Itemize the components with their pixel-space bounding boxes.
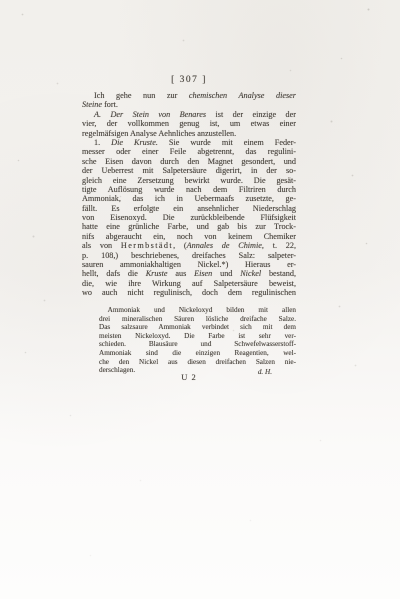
text-run: regelmäfsigen Analyse Aehnliches anzuste…	[82, 129, 236, 138]
text-run: die, wie ihre Wirkung auf Salpetersäure …	[82, 279, 296, 288]
text-line: Das salzsaure Ammoniak verbindet sich mi…	[99, 323, 296, 332]
text-line: der Ueberrest mit Salpetersäure digerirt…	[82, 166, 296, 175]
text-line: schieden. Blausäure und Schwefelwasserst…	[99, 340, 296, 349]
text-run: Ammoniak, das ich in Uebermaafs zusetzte…	[82, 194, 296, 203]
text-run: als von	[82, 241, 121, 250]
text-run: drei mineralischen Säuren lösliche dreif…	[99, 315, 296, 323]
footnote-block: *) Ammoniak und Nickeloxyd bilden mit al…	[99, 306, 296, 375]
signature-mark: U 2	[82, 372, 296, 382]
text-run: 1.	[94, 138, 111, 147]
text-line: messer oder einer Feile abgetrennt, das …	[82, 147, 296, 156]
italic-text-run: A. Der Stein von Benares	[94, 110, 206, 119]
page-number: [ 307 ]	[82, 75, 296, 85]
text-line: meisten Nickeloxyd. Die Farbe ist sehr v…	[99, 332, 296, 341]
text-line: sauren ammoniakhaltigen Nickel.*) Hierau…	[82, 260, 296, 269]
text-line: hatte eine grünliche Farbe, und gab bis …	[82, 222, 296, 231]
text-run: hatte eine grünliche Farbe, und gab bis …	[82, 222, 296, 231]
main-text-block: Ich gehe nun zur chemischen Analyse dies…	[82, 91, 296, 298]
text-line: p. 108,) beschriebenes, dreifaches Salz:…	[82, 251, 296, 260]
text-run: Sie wurde mit einem Feder-	[158, 138, 296, 147]
italic-text-run: Die Kruste.	[111, 138, 158, 147]
text-run: aus	[168, 269, 195, 278]
text-line: tigte Auflösung wurde nach dem Filtriren…	[82, 185, 296, 194]
text-line: 1. Die Kruste. Sie wurde mit einem Feder…	[82, 138, 296, 147]
text-run: Ich gehe nun zur	[94, 91, 189, 100]
text-line: A. Der Stein von Benares ist der einzige…	[82, 110, 296, 119]
text-run: tigte Auflösung wurde nach dem Filtriren…	[82, 185, 296, 194]
text-run: gleich eine Zersetzung bewirkt wurde. Di…	[82, 176, 296, 185]
text-run: von Eisenoxyd. Die zurückbleibende Flüfs…	[82, 213, 296, 222]
text-line: Steine fort.	[82, 100, 296, 109]
italic-text-run: Steine	[82, 100, 102, 109]
text-run: meisten Nickeloxyd. Die Farbe ist sehr v…	[99, 332, 296, 340]
text-run: wo auch nicht regulinisch, doch dem regu…	[82, 288, 296, 297]
text-run: p. 108,) beschriebenes, dreifaches Salz:…	[82, 251, 296, 260]
text-line: hellt, dafs die Kruste aus Eisen und Nic…	[82, 269, 296, 278]
text-run: sche Eisen davon durch den Magnet gesond…	[82, 157, 296, 166]
text-line: als von Hermbstädt, (Annales de Chimie, …	[82, 241, 296, 250]
text-run: messer oder einer Feile abgetrennt, das …	[82, 147, 296, 156]
text-run: sauren ammoniakhaltigen Nickel.*) Hierau…	[82, 260, 296, 269]
text-line: von Eisenoxyd. Die zurückbleibende Flüfs…	[82, 213, 296, 222]
text-run: fällt. Es erfolgte ein ansehnlicher Nied…	[82, 204, 296, 213]
text-line: Ammoniak sind die einzigen Reagentien, w…	[99, 349, 296, 358]
text-run: schieden. Blausäure und Schwefelwasserst…	[99, 340, 296, 348]
text-line: fällt. Es erfolgte ein ansehnlicher Nied…	[82, 204, 296, 213]
text-line: vier, der vollkommen genug ist, um etwas…	[82, 119, 296, 128]
text-run: ist der einzige der	[206, 110, 296, 119]
text-run: fort.	[102, 100, 118, 109]
text-line: che den Nickel aus diesen dreifachen Sal…	[99, 358, 296, 367]
text-line: regelmäfsigen Analyse Aehnliches anzuste…	[82, 129, 296, 138]
text-run: hellt, dafs die	[82, 269, 146, 278]
text-run: bestand,	[261, 269, 296, 278]
text-line: Ammoniak, das ich in Uebermaafs zusetzte…	[82, 194, 296, 203]
italic-text-run: Kruste	[146, 269, 168, 278]
text-line: gleich eine Zersetzung bewirkt wurde. Di…	[82, 176, 296, 185]
text-line: sche Eisen davon durch den Magnet gesond…	[82, 157, 296, 166]
text-run: Ammoniak sind die einzigen Reagentien, w…	[99, 349, 296, 357]
text-run: nifs abgeraucht ein, noch von keinem Che…	[82, 232, 296, 241]
italic-text-run: chemischen Analyse dieser	[189, 91, 296, 100]
italic-text-run: Eisen	[194, 269, 212, 278]
text-run: der Ueberrest mit Salpetersäure digerirt…	[82, 166, 296, 175]
text-line: Ich gehe nun zur chemischen Analyse dies…	[82, 91, 296, 100]
text-run: , t. 22,	[262, 241, 296, 250]
text-run: , (	[173, 241, 187, 250]
text-run: vier, der vollkommen genug ist, um etwas…	[82, 119, 296, 128]
letterspaced-text-run: Hermbstädt	[121, 241, 173, 250]
italic-text-run: Nickel	[240, 269, 261, 278]
text-line: drei mineralischen Säuren lösliche dreif…	[99, 315, 296, 324]
text-line: wo auch nicht regulinisch, doch dem regu…	[82, 288, 296, 297]
text-line: die, wie ihre Wirkung auf Salpetersäure …	[82, 279, 296, 288]
scanned-book-page: [ 307 ] Ich gehe nun zur chemischen Anal…	[0, 0, 400, 599]
italic-text-run: Annales de Chimie	[187, 241, 262, 250]
text-line: *) Ammoniak und Nickeloxyd bilden mit al…	[99, 306, 296, 315]
paper-speckles	[0, 0, 1, 1]
text-run: und	[212, 269, 240, 278]
text-line: nifs abgeraucht ein, noch von keinem Che…	[82, 232, 296, 241]
text-run: *) Ammoniak und Nickeloxyd bilden mit al…	[99, 306, 296, 314]
text-run: Das salzsaure Ammoniak verbindet sich mi…	[99, 323, 296, 331]
text-run: che den Nickel aus diesen dreifachen Sal…	[99, 358, 296, 366]
